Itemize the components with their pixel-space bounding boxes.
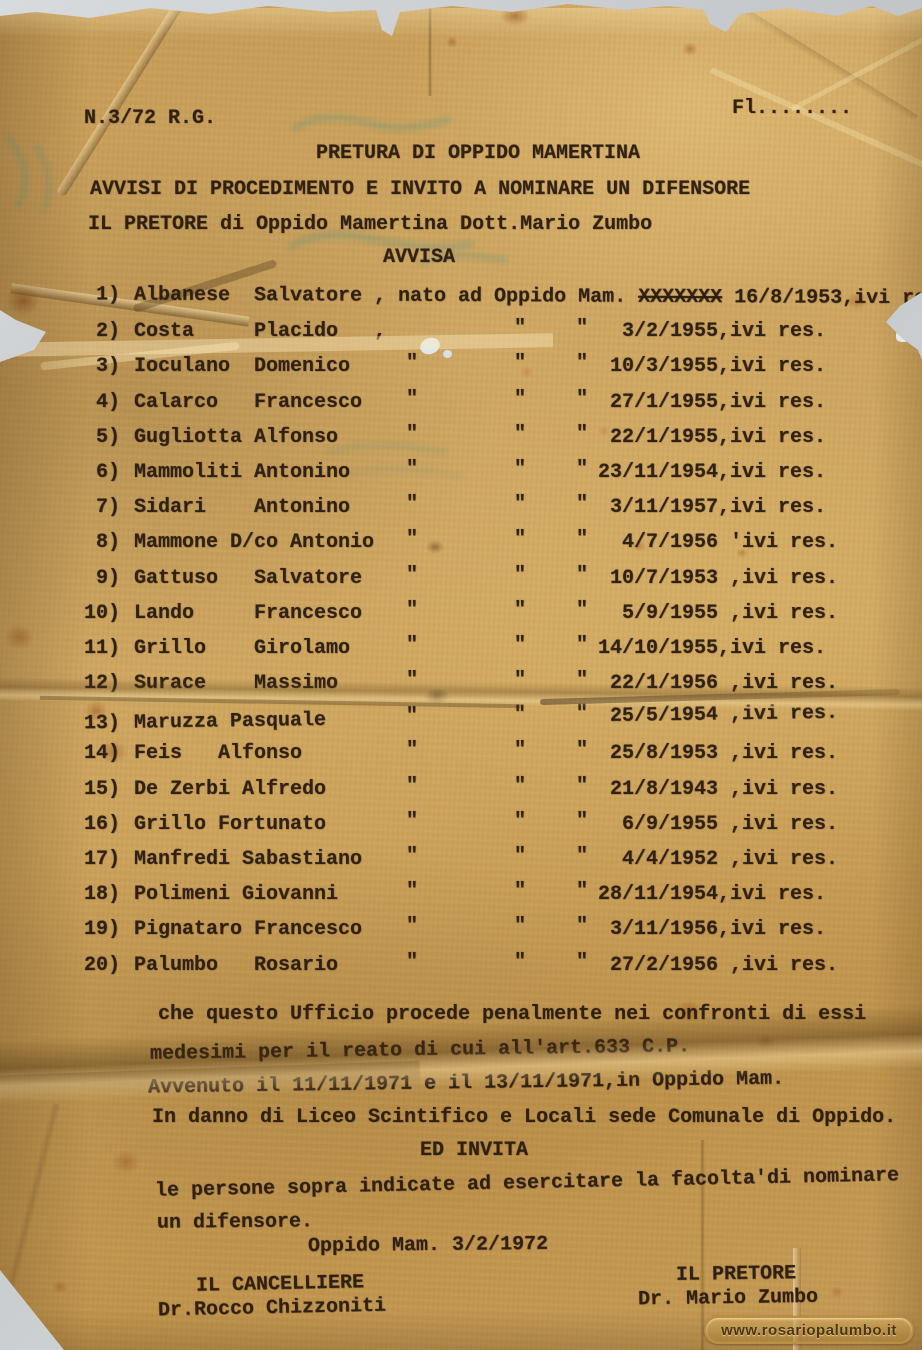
ditto-mark: " bbox=[576, 700, 588, 728]
strikethrough-text: XXXXXXX bbox=[638, 286, 722, 309]
birth-date: 16/8/1953,ivi res bbox=[722, 286, 922, 310]
invite-line: le persone sopra indicate ad esercitare … bbox=[155, 1163, 900, 1205]
defendant-row: 18) Polimeni Giovanni"""28/11/1954,ivi r… bbox=[0, 881, 922, 916]
ditto-mark: " bbox=[406, 949, 418, 977]
ditto-mark: " bbox=[514, 701, 526, 729]
ditto-mark: " bbox=[576, 808, 588, 836]
row-number: 5) bbox=[84, 424, 120, 452]
defendant-name: Sidari Antonino bbox=[134, 496, 350, 519]
row-number: 19) bbox=[84, 916, 120, 944]
row-line: Lando Francesco""" 5/9/1955 ,ivi res. bbox=[134, 600, 362, 628]
ditto-mark: " bbox=[514, 773, 526, 801]
watermark-text: www.rosariopalumbo.it bbox=[721, 1322, 897, 1339]
row-line: Mammone D/co Antonio""" 4/7/1956 'ivi re… bbox=[134, 529, 374, 557]
ditto-mark: " bbox=[406, 703, 418, 731]
watermark-badge: www.rosariopalumbo.it bbox=[704, 1316, 914, 1344]
pretore-name: Dr. Mario Zumbo bbox=[638, 1285, 818, 1314]
row-number: 12) bbox=[84, 670, 120, 698]
ditto-mark: " bbox=[514, 843, 526, 871]
row-line: Surace Massimo""" 22/1/1956 ,ivi res. bbox=[134, 670, 338, 698]
defendant-name: Polimeni Giovanni bbox=[134, 883, 338, 906]
ditto-mark: " bbox=[406, 421, 418, 449]
birth-date: 4/7/1956 'ivi res. bbox=[598, 529, 838, 557]
defendant-row: 11) Grillo Girolamo"""14/10/1955,ivi res… bbox=[0, 635, 922, 670]
ditto-mark: " bbox=[576, 597, 588, 625]
ditto-mark: " bbox=[576, 949, 588, 977]
defendant-name: Calarco Francesco bbox=[134, 391, 362, 414]
defendant-name: Feis Alfonso bbox=[134, 742, 302, 765]
row-line: Albanese Salvatore , nato ad Oppido Mam.… bbox=[134, 282, 922, 314]
ditto-mark: " bbox=[514, 350, 526, 378]
ditto-mark: " bbox=[576, 843, 588, 871]
defendant-row: 17) Manfredi Sabastiano""" 4/4/1952 ,ivi… bbox=[0, 846, 922, 881]
birth-date: 14/10/1955,ivi res. bbox=[598, 635, 826, 663]
defendant-row: 9) Gattuso Salvatore""" 10/7/1953 ,ivi r… bbox=[0, 565, 922, 600]
row-line: Feis Alfonso""" 25/8/1953 ,ivi res. bbox=[134, 740, 302, 768]
row-line: Gattuso Salvatore""" 10/7/1953 ,ivi res. bbox=[134, 565, 362, 593]
ditto-mark: " bbox=[576, 667, 588, 695]
scanned-document: N.3/72 R.G. Fl........ PRETURA DI OPPIDO… bbox=[0, 0, 922, 1350]
row-number: 15) bbox=[84, 776, 120, 804]
ditto-mark: " bbox=[514, 526, 526, 554]
row-line: Maruzza Pasquale""" 25/5/1954 ,ivi res. bbox=[134, 707, 326, 738]
birth-date: 5/9/1955 ,ivi res. bbox=[598, 600, 838, 628]
ed-invita-heading: ED INVITA bbox=[420, 1138, 528, 1164]
ditto-mark: " bbox=[514, 562, 526, 590]
folio-number: Fl........ bbox=[732, 96, 852, 122]
birth-date: 21/8/1943 ,ivi res. bbox=[598, 776, 838, 804]
defendant-name: Surace Massimo bbox=[134, 672, 338, 695]
row-number: 16) bbox=[84, 811, 120, 839]
ditto-mark: " bbox=[576, 491, 588, 519]
defendant-name: Grillo Girolamo bbox=[134, 637, 350, 660]
ditto-mark: " bbox=[576, 773, 588, 801]
birth-date: 6/9/1955 ,ivi res. bbox=[598, 811, 838, 839]
ditto-mark: " bbox=[406, 843, 418, 871]
ditto-mark: " bbox=[514, 878, 526, 906]
defendant-row: 5) Gugliotta Alfonso""" 22/1/1955,ivi re… bbox=[0, 424, 922, 459]
birth-date: 4/4/1952 ,ivi res. bbox=[598, 846, 838, 874]
defendant-row: 1) Albanese Salvatore , nato ad Oppido M… bbox=[0, 281, 922, 320]
ditto-mark: " bbox=[576, 421, 588, 449]
pretore-line: IL PRETORE di Oppido Mamertina Dott.Mari… bbox=[88, 212, 652, 238]
row-number: 2) bbox=[84, 318, 120, 346]
birth-date: 3/11/1957,ivi res. bbox=[598, 494, 826, 522]
row-number: 13) bbox=[84, 710, 120, 739]
birth-date: 28/11/1954,ivi res. bbox=[598, 881, 826, 909]
defendant-name: Albanese Salvatore , nato ad Oppido Mam. bbox=[134, 284, 638, 309]
ditto-mark: " bbox=[514, 913, 526, 941]
row-number: 3) bbox=[84, 353, 120, 381]
defendant-row: 10) Lando Francesco""" 5/9/1955 ,ivi res… bbox=[0, 600, 922, 635]
place-date-line: Oppido Mam. 3/2/1972 bbox=[308, 1232, 548, 1260]
body-paragraph: che questo Ufficio procede penalmente ne… bbox=[158, 1002, 866, 1028]
defendant-name: Lando Francesco bbox=[134, 602, 362, 625]
header-reg-number: N.3/72 R.G. bbox=[84, 106, 216, 132]
defendant-row: 6) Mammoliti Antonino"""23/11/1954,ivi r… bbox=[0, 459, 922, 494]
birth-date: 25/5/1954 ,ivi res. bbox=[598, 700, 838, 731]
ditto-mark: " bbox=[406, 526, 418, 554]
defendant-list: 1) Albanese Salvatore , nato ad Oppido M… bbox=[0, 283, 922, 987]
row-number: 10) bbox=[84, 600, 120, 628]
row-number: 7) bbox=[84, 494, 120, 522]
row-line: Polimeni Giovanni"""28/11/1954,ivi res. bbox=[134, 881, 338, 909]
defendant-row: 15) De Zerbi Alfredo""" 21/8/1943 ,ivi r… bbox=[0, 776, 922, 811]
birth-date: 3/11/1956,ivi res. bbox=[598, 916, 826, 944]
birth-date: 3/2/1955,ivi res. bbox=[598, 318, 826, 346]
avvisa-heading: AVVISA bbox=[383, 245, 455, 271]
defendant-row: 2) Costa Placido ,"" 3/2/1955,ivi res. bbox=[0, 318, 922, 353]
row-line: De Zerbi Alfredo""" 21/8/1943 ,ivi res. bbox=[134, 776, 326, 804]
cancelliere-name: Dr.Rocco Chizzoniti bbox=[158, 1294, 387, 1325]
birth-date: 27/2/1956 ,ivi res. bbox=[598, 952, 838, 980]
ditto-mark: " bbox=[406, 737, 418, 765]
body-paragraph: Avvenuto il 11/11/1971 e il 13/11/1971,i… bbox=[148, 1067, 784, 1102]
ditto-mark: " bbox=[576, 632, 588, 660]
court-title: PRETURA DI OPPIDO MAMERTINA bbox=[316, 141, 640, 167]
invite-line: un difensore. bbox=[157, 1209, 313, 1236]
row-number: 11) bbox=[84, 635, 120, 663]
ditto-mark: " bbox=[406, 491, 418, 519]
body-paragraph: medesimi per il reato di cui all'art.633… bbox=[150, 1034, 690, 1068]
defendant-name: Mammoliti Antonino bbox=[134, 461, 350, 484]
ditto-mark: " bbox=[406, 456, 418, 484]
row-number: 1) bbox=[84, 281, 120, 309]
ditto-mark: " bbox=[576, 386, 588, 414]
defendant-name: Manfredi Sabastiano bbox=[134, 848, 362, 871]
ditto-mark: " bbox=[576, 913, 588, 941]
ditto-mark: " bbox=[514, 421, 526, 449]
row-number: 14) bbox=[84, 740, 120, 768]
ditto-mark: " bbox=[406, 386, 418, 414]
birth-date: 23/11/1954,ivi res. bbox=[598, 459, 826, 487]
defendant-name: Costa Placido , bbox=[134, 320, 386, 343]
row-line: Calarco Francesco""" 27/1/1955,ivi res. bbox=[134, 389, 362, 417]
defendant-row: 4) Calarco Francesco""" 27/1/1955,ivi re… bbox=[0, 389, 922, 424]
ditto-mark: " bbox=[406, 878, 418, 906]
row-line: Pignataro Francesco""" 3/11/1956,ivi res… bbox=[134, 916, 362, 944]
row-line: Sidari Antonino""" 3/11/1957,ivi res. bbox=[134, 494, 350, 522]
ditto-mark: " bbox=[514, 491, 526, 519]
row-line: Costa Placido ,"" 3/2/1955,ivi res. bbox=[134, 318, 386, 346]
defendant-name: Mammone D/co Antonio bbox=[134, 531, 374, 554]
ditto-mark: " bbox=[514, 667, 526, 695]
row-line: Grillo Fortunato""" 6/9/1955 ,ivi res. bbox=[134, 811, 326, 839]
defendant-row: 3) Ioculano Domenico""" 10/3/1955,ivi re… bbox=[0, 353, 922, 388]
row-line: Grillo Girolamo"""14/10/1955,ivi res. bbox=[134, 635, 350, 663]
ditto-mark: " bbox=[576, 456, 588, 484]
ditto-mark: " bbox=[406, 667, 418, 695]
ditto-mark: " bbox=[406, 350, 418, 378]
ditto-mark: " bbox=[514, 315, 526, 343]
ditto-mark: " bbox=[514, 386, 526, 414]
row-line: Mammoliti Antonino"""23/11/1954,ivi res. bbox=[134, 459, 350, 487]
row-number: 18) bbox=[84, 881, 120, 909]
row-number: 17) bbox=[84, 846, 120, 874]
defendant-name: Grillo Fortunato bbox=[134, 813, 326, 836]
ditto-mark: " bbox=[576, 562, 588, 590]
ditto-mark: " bbox=[406, 597, 418, 625]
birth-date: 10/3/1955,ivi res. bbox=[598, 353, 826, 381]
ditto-mark: " bbox=[514, 597, 526, 625]
defendant-name: Ioculano Domenico bbox=[134, 355, 350, 378]
birth-date: 10/7/1953 ,ivi res. bbox=[598, 565, 838, 593]
ditto-mark: " bbox=[514, 808, 526, 836]
row-line: Ioculano Domenico""" 10/3/1955,ivi res. bbox=[134, 353, 350, 381]
birth-date: 22/1/1955,ivi res. bbox=[598, 424, 826, 452]
defendant-name: Gattuso Salvatore bbox=[134, 567, 362, 590]
birth-date: 22/1/1956 ,ivi res. bbox=[598, 670, 838, 698]
defendant-row: 20) Palumbo Rosario""" 27/2/1956 ,ivi re… bbox=[0, 952, 922, 987]
ditto-mark: " bbox=[514, 737, 526, 765]
ditto-mark: " bbox=[406, 913, 418, 941]
ditto-mark: " bbox=[406, 562, 418, 590]
row-number: 9) bbox=[84, 565, 120, 593]
ditto-mark: " bbox=[406, 808, 418, 836]
document-title: AVVISI DI PROCEDIMENTO E INVITO A NOMINA… bbox=[90, 177, 750, 203]
row-number: 20) bbox=[84, 952, 120, 980]
ditto-mark: " bbox=[514, 632, 526, 660]
birth-date: 27/1/1955,ivi res. bbox=[598, 389, 826, 417]
defendant-row: 7) Sidari Antonino""" 3/11/1957,ivi res. bbox=[0, 494, 922, 529]
defendant-row: 8) Mammone D/co Antonio""" 4/7/1956 'ivi… bbox=[0, 529, 922, 564]
ditto-mark: " bbox=[576, 350, 588, 378]
ditto-mark: " bbox=[406, 773, 418, 801]
ditto-mark: " bbox=[406, 632, 418, 660]
defendant-row: 14) Feis Alfonso""" 25/8/1953 ,ivi res. bbox=[0, 740, 922, 775]
defendant-name: Maruzza Pasquale bbox=[134, 709, 326, 735]
row-line: Gugliotta Alfonso""" 22/1/1955,ivi res. bbox=[134, 424, 338, 452]
ditto-mark: " bbox=[514, 456, 526, 484]
row-line: Palumbo Rosario""" 27/2/1956 ,ivi res. bbox=[134, 952, 338, 980]
body-paragraph: In danno di Liceo Scintifico e Locali se… bbox=[152, 1105, 896, 1131]
birth-date: 25/8/1953 ,ivi res. bbox=[598, 740, 838, 768]
defendant-row: 16) Grillo Fortunato""" 6/9/1955 ,ivi re… bbox=[0, 811, 922, 846]
ditto-mark: " bbox=[514, 949, 526, 977]
typed-text-layer: N.3/72 R.G. Fl........ PRETURA DI OPPIDO… bbox=[0, 0, 922, 1350]
document-page: N.3/72 R.G. Fl........ PRETURA DI OPPIDO… bbox=[0, 0, 922, 1350]
defendant-name: Palumbo Rosario bbox=[134, 954, 338, 977]
ditto-mark: " bbox=[576, 315, 588, 343]
row-line: Manfredi Sabastiano""" 4/4/1952 ,ivi res… bbox=[134, 846, 362, 874]
row-number: 6) bbox=[84, 459, 120, 487]
defendant-name: De Zerbi Alfredo bbox=[134, 778, 326, 801]
defendant-row: 19) Pignataro Francesco""" 3/11/1956,ivi… bbox=[0, 916, 922, 951]
ditto-mark: " bbox=[576, 526, 588, 554]
defendant-name: Gugliotta Alfonso bbox=[134, 426, 338, 449]
ditto-mark: " bbox=[576, 878, 588, 906]
row-number: 4) bbox=[84, 389, 120, 417]
defendant-name: Pignataro Francesco bbox=[134, 918, 362, 941]
ditto-mark: " bbox=[576, 737, 588, 765]
row-number: 8) bbox=[84, 529, 120, 557]
